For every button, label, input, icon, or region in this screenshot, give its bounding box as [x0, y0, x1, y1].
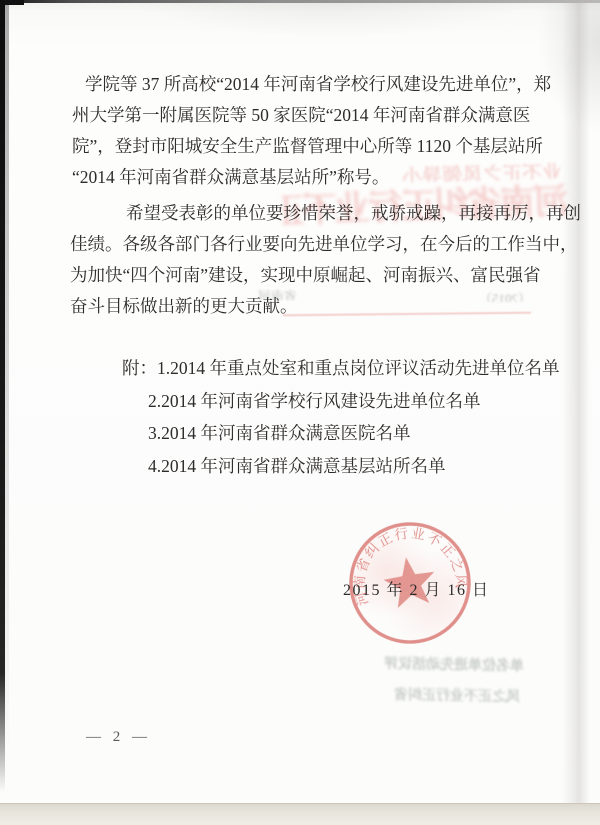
- document-date: 2015 年 2 月 16 日: [343, 577, 490, 600]
- scan-left-edge-shadow: [5, 0, 9, 760]
- paragraph-awards: 学院等 37 所高校“2014 年河南省学校行风建设先进单位”，郑 州大学第一附…: [72, 69, 551, 193]
- paper-fold-shadow: [562, 0, 590, 810]
- document-line: 希望受表彰的单位要珍惜荣誉，戒骄戒躁，再接再厉，再创: [70, 198, 581, 229]
- document-line: 奋斗目标做出新的更大贡献。: [70, 291, 581, 322]
- paragraph-expectations: 希望受表彰的单位要珍惜荣誉，戒骄戒躁，再接再厉，再创 佳绩。各级各部门各行业要向…: [70, 198, 581, 322]
- bleedthrough-smudge: 单名位单进先动活议评: [352, 653, 524, 674]
- attachment-item: 3.2014 年河南省群众满意医院名单: [122, 417, 560, 450]
- document-line: 为加快“四个河南”建设，实现中原崛起、河南振兴、富民强省: [70, 260, 581, 291]
- attachment-label: 附：: [122, 358, 157, 378]
- document-line: 州大学第一附属医院等 50 家医院“2014 年河南省群众满意医: [72, 100, 551, 131]
- document-line: 佳绩。各级各部门各行业要向先进单位学习，在今后的工作当中，: [70, 229, 581, 260]
- document-line: 学院等 37 所高校“2014 年河南省学校行风建设先进单位”，郑: [72, 69, 551, 100]
- attachment-item-text: 1.2014 年重点处室和重点岗位评议活动先进单位名单: [157, 358, 560, 378]
- attachment-item: 2.2014 年河南省学校行风建设先进单位名单: [122, 385, 560, 418]
- attachment-item: 4.2014 年河南省群众满意基层站所名单: [122, 450, 560, 483]
- bleedthrough-smudge: 风之正不业行正纠省: [362, 684, 520, 705]
- scan-bottom-edge: [0, 803, 600, 825]
- attachment-list: 附：1.2014 年重点处室和重点岗位评议活动先进单位名单 2.2014 年河南…: [122, 352, 560, 482]
- attachment-item: 附：1.2014 年重点处室和重点岗位评议活动先进单位名单: [122, 352, 560, 385]
- scan-top-edge: [0, 0, 600, 3]
- scanned-document-page: 业不正之风领导小 河南省纠正行业不正之风 省南河 （2015） 单名位单进先动活…: [0, 0, 600, 825]
- document-line: “2014 年河南省群众满意基层站所”称号。: [72, 162, 551, 193]
- page-number: — 2 —: [86, 729, 151, 746]
- document-line: 院”，登封市阳城安全生产监督管理中心所等 1120 个基层站所: [72, 131, 551, 162]
- scan-left-edge: [0, 0, 5, 792]
